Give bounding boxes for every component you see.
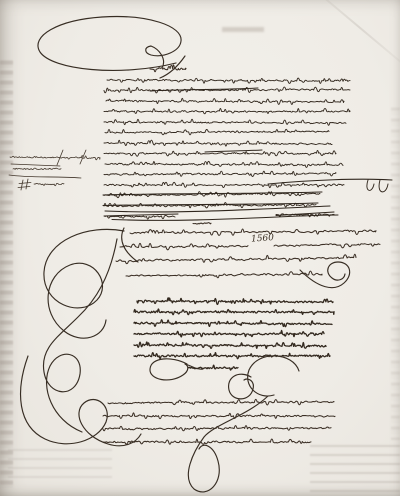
strikethrough: [205, 150, 262, 152]
manuscript-ink-layer: 1560: [0, 0, 400, 496]
formal-clause: [134, 298, 334, 380]
left-calligraphic-flourish: [21, 229, 141, 445]
handwritten-line: [116, 254, 356, 263]
margin-note-line: [10, 156, 100, 160]
handwritten-line: [104, 182, 344, 187]
handwritten-line: [108, 399, 334, 405]
margin-underline: [11, 164, 60, 166]
flourish-stroke: [38, 17, 181, 71]
handwritten-line: [106, 98, 344, 104]
date-clause: 1560: [116, 223, 380, 288]
handwritten-line: [120, 243, 248, 249]
year-1560: 1560: [251, 233, 275, 245]
main-paragraph: [104, 78, 388, 219]
margin-note-line: [34, 183, 64, 185]
handwritten-line: [137, 298, 333, 305]
strikethrough: [112, 215, 338, 220]
heading-word: [150, 65, 186, 72]
inserted-word: [193, 223, 211, 224]
flourish-stroke: [150, 359, 203, 380]
closing-paragraph: [103, 399, 335, 444]
handwritten-line: [134, 342, 326, 348]
handwritten-line: [134, 309, 334, 315]
hash-mark: [18, 179, 31, 190]
flourish-stroke: [248, 356, 299, 396]
worden-loop-flourish: [150, 359, 203, 380]
handwritten-line: [104, 108, 350, 113]
descender-letters: [367, 180, 388, 192]
handwritten-line: [134, 320, 332, 327]
handwritten-line: [134, 330, 324, 336]
handwritten-line: [104, 171, 336, 176]
handwritten-line: [104, 87, 350, 93]
margin-underline: [9, 175, 81, 178]
handwritten-line: [134, 353, 330, 359]
bottom-teardrop-flourish: [188, 356, 299, 492]
handwritten-line: [107, 78, 350, 83]
handwritten-line: [104, 119, 346, 125]
strikethrough: [268, 179, 392, 184]
strikethrough: [105, 206, 330, 212]
handwritten-line: [105, 161, 343, 167]
manuscript-page: 1560: [0, 0, 400, 496]
margin-note: [9, 150, 100, 190]
handwritten-line: [274, 244, 380, 248]
handwritten-line: [126, 271, 322, 278]
margin-note-line: [13, 168, 61, 169]
handwritten-line: [103, 439, 311, 444]
flourish-stroke: [188, 396, 268, 492]
flourish-stroke: [44, 229, 124, 338]
handwritten-line: [103, 413, 335, 419]
handwritten-line: [103, 426, 331, 431]
handwritten-line: [104, 140, 332, 146]
handwritten-line: [105, 129, 329, 135]
flourish-stroke: [43, 239, 117, 432]
